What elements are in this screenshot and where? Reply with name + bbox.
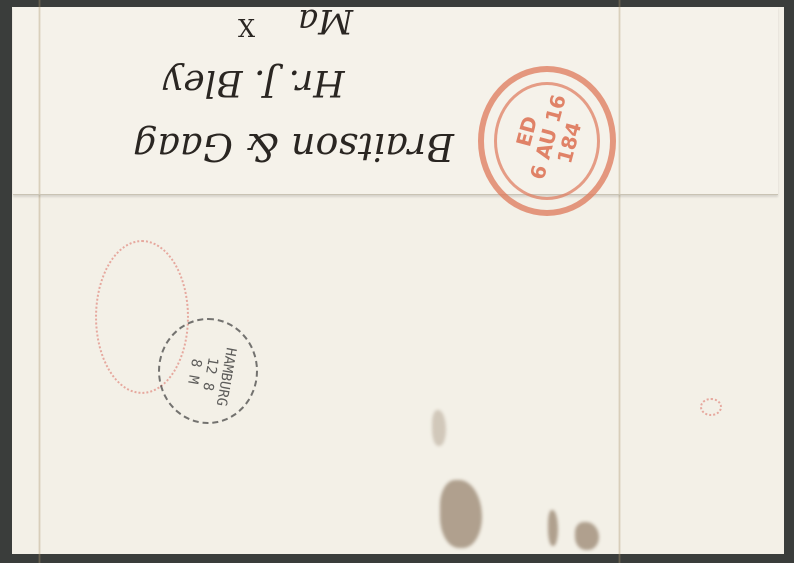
flap-fold-left [38, 7, 41, 194]
x-mark: X [238, 15, 255, 43]
red-small-mark [700, 398, 722, 416]
address-line-2: Hr. J. Bley [163, 62, 345, 103]
top-flap: X Ma Hr. J. Bley Braitson & Gaag [13, 7, 778, 195]
hamburg-postmark-text: HAMBURG 12 8 8 M [178, 321, 243, 428]
flap-fold-right [618, 7, 621, 194]
red-postmark: ED 6 AU 16 184 [478, 66, 616, 216]
postmark-city: HAMBURG [209, 326, 242, 427]
postmark-day: 12 [202, 356, 221, 375]
address-line-3: Braitson & Gaag [133, 125, 454, 169]
sealing-stain-2 [432, 410, 446, 446]
sealing-stain-3 [548, 510, 558, 546]
postmark-month: 8 [199, 381, 216, 392]
sealing-stain-4 [575, 522, 599, 550]
hamburg-postmark: HAMBURG 12 8 8 M [158, 318, 258, 424]
address-line-1: Ma [298, 1, 353, 41]
